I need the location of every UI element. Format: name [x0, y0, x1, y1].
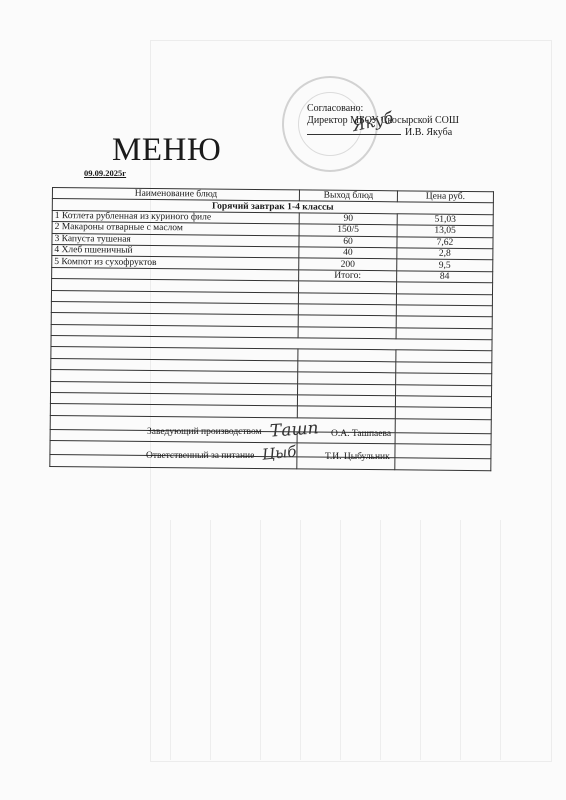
dish-yield: 150/5 — [299, 224, 397, 236]
dish-yield: 90 — [299, 213, 397, 225]
dish-yield: 200 — [299, 258, 397, 270]
dish-price: 13,05 — [397, 225, 493, 237]
bleed-through-line — [210, 520, 211, 760]
dish-price: 51,03 — [397, 214, 493, 226]
nutrition-responsible-signature: Цыб — [261, 442, 297, 464]
column-header-price: Цена руб. — [397, 191, 493, 203]
empty-cell — [395, 458, 491, 470]
empty-cell — [298, 327, 396, 339]
total-value: 84 — [397, 271, 493, 283]
bleed-through-line — [340, 520, 341, 760]
empty-cell — [298, 315, 396, 327]
dish-price: 9,5 — [397, 259, 493, 271]
bleed-through-line — [500, 520, 501, 760]
approval-name: И.В. Якуба — [405, 127, 452, 138]
empty-cell — [395, 396, 491, 408]
empty-cell — [395, 433, 491, 445]
empty-cell — [297, 395, 395, 407]
empty-cell — [396, 293, 492, 305]
nutrition-responsible-name: Т.И. Цыбульник — [325, 452, 390, 462]
bleed-through-line — [170, 520, 171, 760]
empty-cell — [298, 372, 396, 384]
empty-cell — [298, 304, 396, 316]
empty-cell — [396, 282, 492, 294]
production-head-name: О.А. Ташпаева — [331, 429, 391, 439]
bleed-through-line — [380, 520, 381, 760]
dish-yield: 60 — [299, 235, 397, 247]
empty-cell — [298, 361, 396, 373]
menu-date: 09.09.2025г — [84, 168, 126, 178]
production-head-signature: Ташп — [269, 418, 319, 441]
empty-cell — [298, 281, 396, 293]
empty-cell — [396, 316, 492, 328]
nutrition-responsible-role: Ответственный за питание — [146, 451, 254, 461]
empty-cell — [395, 419, 491, 434]
empty-cell — [297, 406, 395, 418]
empty-cell — [396, 373, 492, 385]
column-header-yield: Выход блюд — [299, 190, 397, 202]
empty-cell — [298, 292, 396, 304]
bleed-through-line — [460, 520, 461, 760]
page-title: МЕНЮ — [112, 132, 221, 169]
bleed-through-line — [420, 520, 421, 760]
total-label: Итого: — [299, 270, 397, 282]
empty-cell — [396, 362, 492, 374]
empty-cell — [395, 407, 491, 419]
dish-yield: 40 — [299, 247, 397, 259]
production-head-role: Заведующий производством — [147, 427, 262, 437]
bleed-through-line — [260, 520, 261, 760]
bleed-through-line — [300, 520, 301, 760]
dish-price: 2,8 — [397, 248, 493, 260]
empty-cell — [396, 305, 492, 317]
empty-cell — [396, 327, 492, 339]
dish-price: 7,62 — [397, 236, 493, 248]
empty-cell — [395, 444, 491, 459]
empty-cell — [396, 384, 492, 396]
empty-cell — [298, 384, 396, 396]
empty-cell — [396, 350, 492, 362]
empty-cell — [298, 349, 396, 361]
